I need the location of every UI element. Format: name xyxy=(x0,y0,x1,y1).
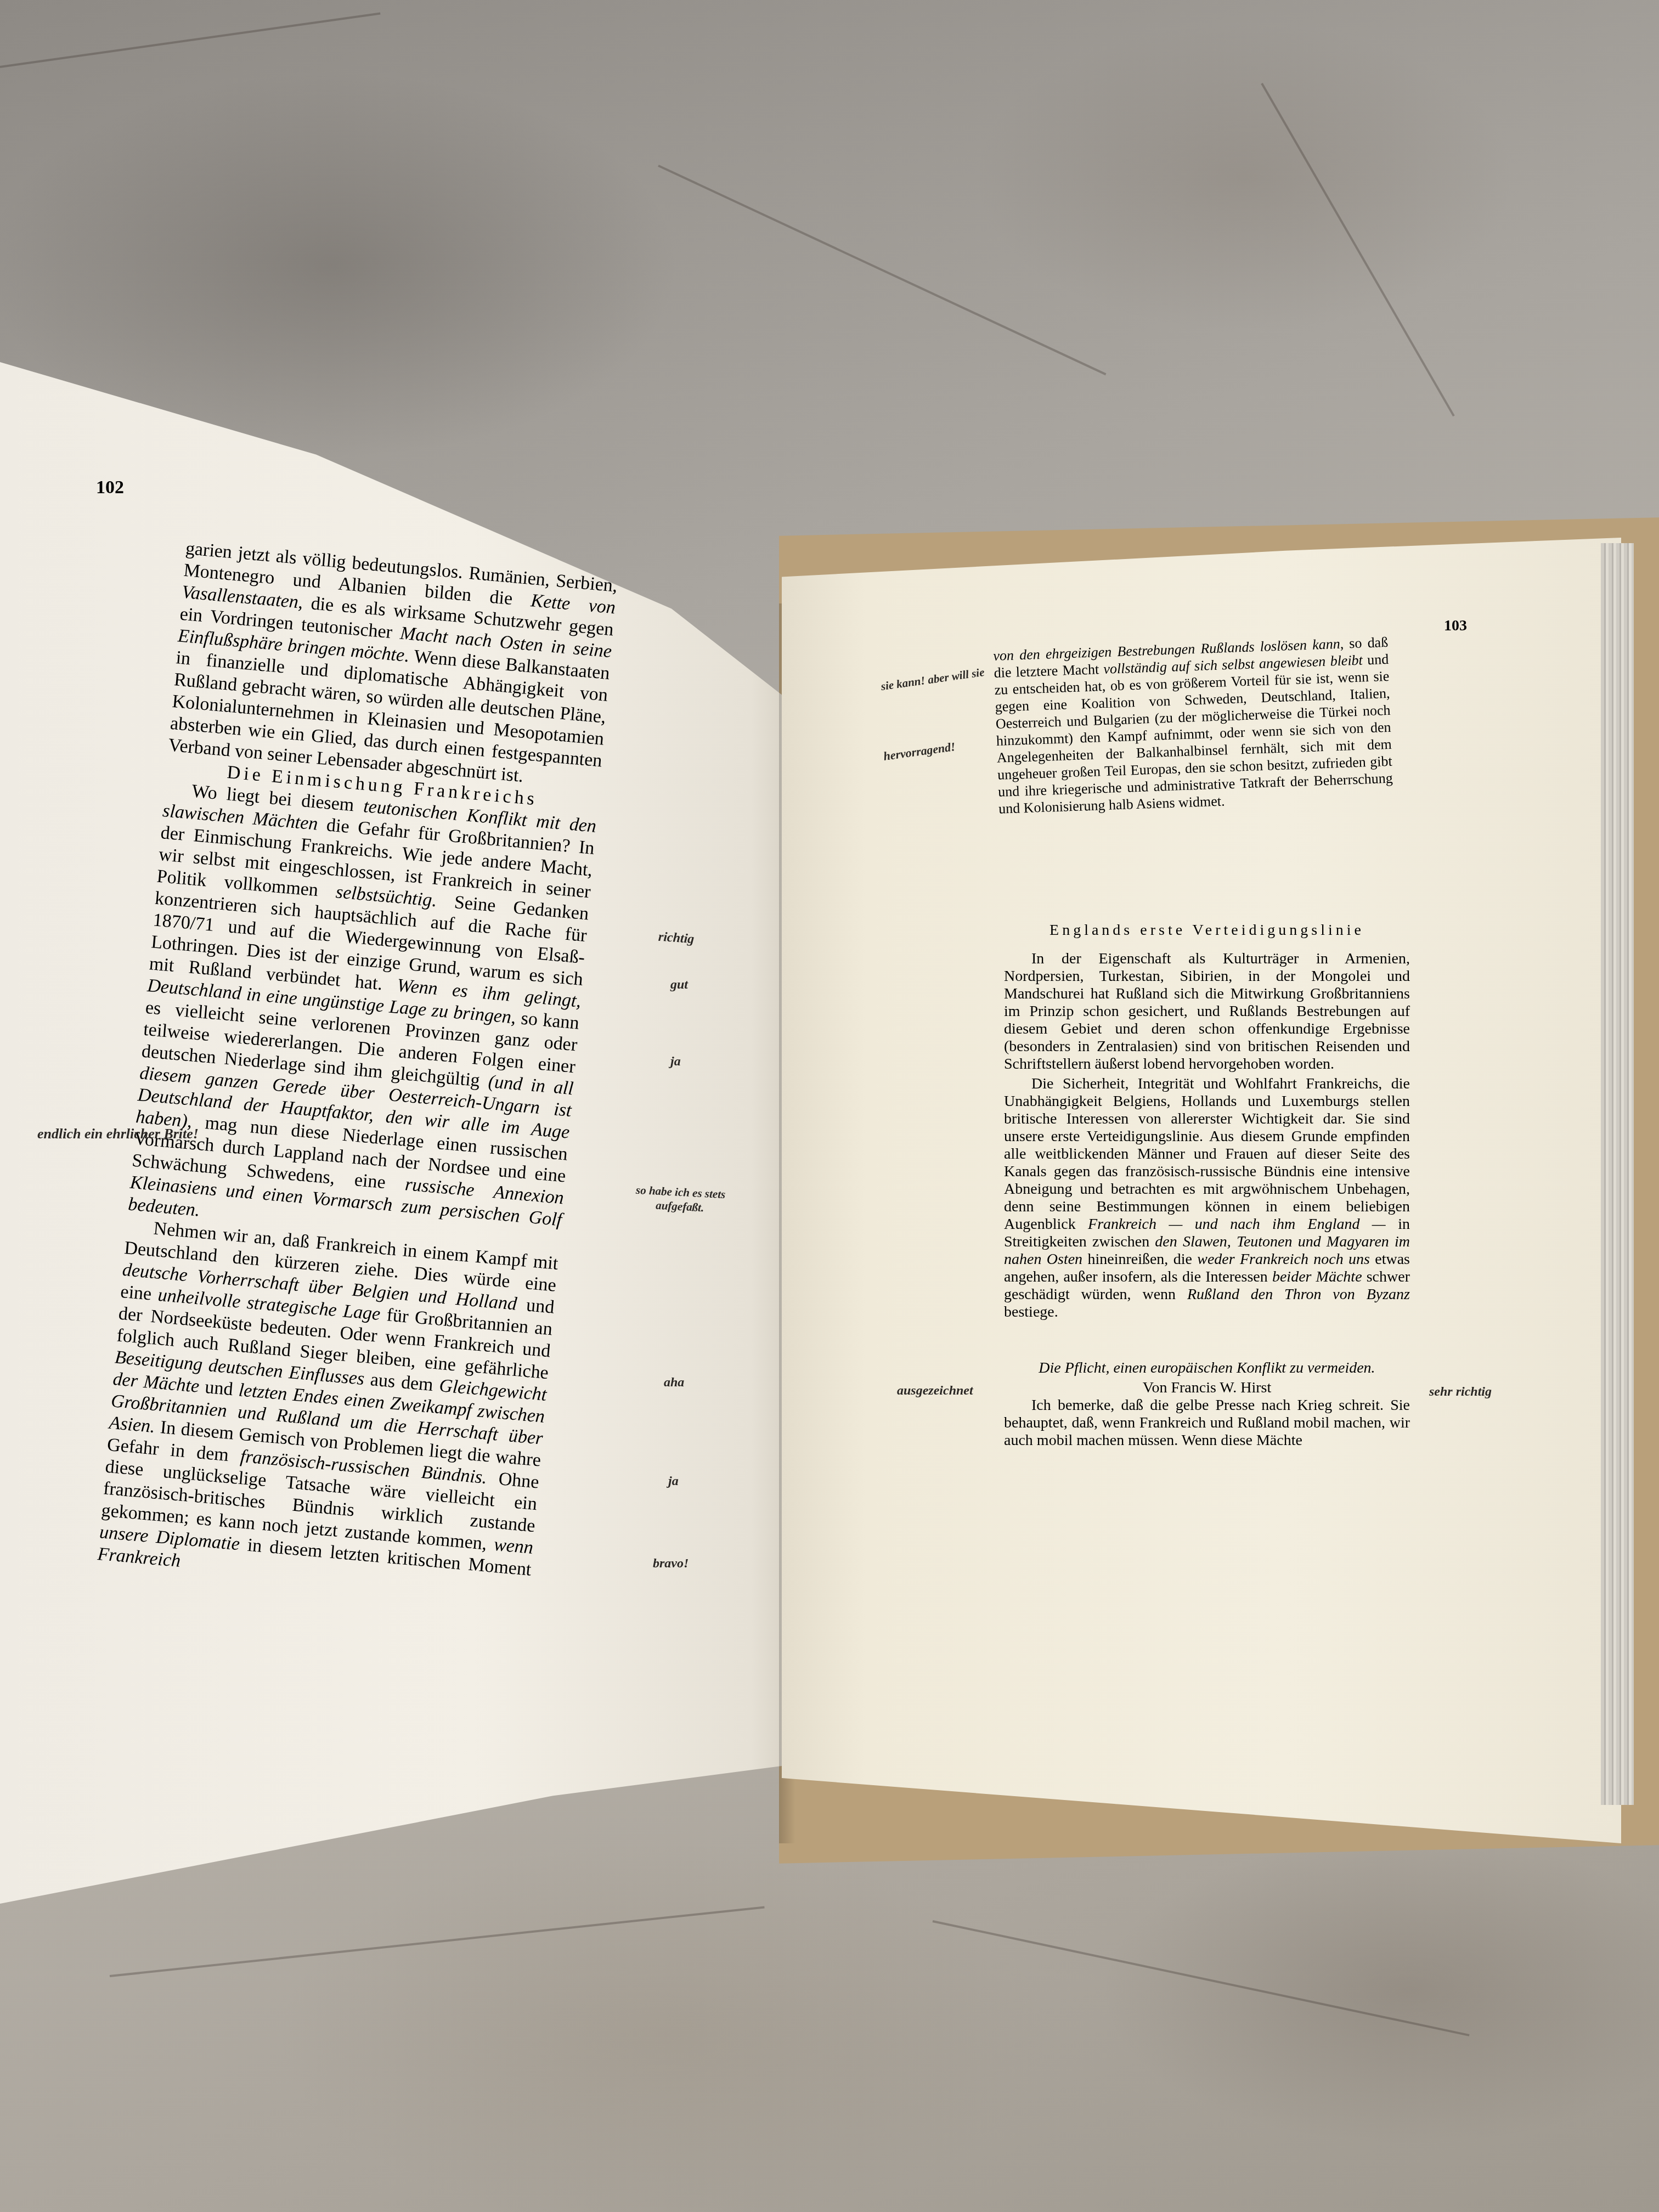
paragraph: Die Sicherheit, Integrität und Wohlfahrt… xyxy=(1004,1075,1410,1321)
margin-note: aha xyxy=(664,1374,684,1391)
page-number-left: 102 xyxy=(96,477,124,498)
paragraph: In der Eigenschaft als Kulturträger in A… xyxy=(1004,950,1410,1073)
page-edges xyxy=(1601,543,1634,1805)
article-author: Von Francis W. Hirst xyxy=(1004,1379,1410,1397)
text-run: In der Eigenschaft als Kulturträger in A… xyxy=(1004,950,1410,1073)
marble-vein xyxy=(0,13,380,68)
margin-note: so habe ich es stets aufgefaßt. xyxy=(625,1182,736,1216)
paragraph: Wo liegt bei diesem teutonischen Konflik… xyxy=(127,778,597,1253)
page-number-right: 103 xyxy=(1444,617,1467,635)
emphasized-text: Frankreich — und nach ihm England — xyxy=(1088,1216,1386,1233)
marble-vein xyxy=(658,165,1106,375)
margin-note: richtig xyxy=(658,929,695,947)
section-heading: Englands erste Verteidigungslinie xyxy=(1037,922,1377,939)
paragraph: Ich bemerke, daß die gelbe Presse nach K… xyxy=(1004,1397,1410,1449)
right-text-column: Englands erste Verteidigungslinie In der… xyxy=(1004,922,1410,1449)
emphasized-text: beider Mächte xyxy=(1272,1268,1362,1285)
margin-note: bravo! xyxy=(653,1555,689,1572)
margin-note: ja xyxy=(670,1053,681,1070)
paragraph: von den ehrgeizigen Bestrebungen Rußland… xyxy=(993,634,1393,817)
emphasized-text: Rußland den Thron von Byzanz xyxy=(1187,1286,1410,1303)
left-text-column: garien jetzt als völlig bedeutungslos. R… xyxy=(97,538,618,1603)
paragraph: garien jetzt als völlig bedeutungslos. R… xyxy=(167,538,618,794)
emphasized-text: weder Frankreich noch uns xyxy=(1197,1251,1370,1268)
margin-note: sehr richtig xyxy=(1429,1384,1492,1400)
text-run: bestiege. xyxy=(1004,1304,1058,1321)
margin-note: gut xyxy=(670,977,688,993)
margin-note: endlich ein ehrlicher Brite! xyxy=(33,1125,203,1143)
marble-vein xyxy=(1261,83,1454,416)
right-text-column-top: von den ehrgeizigen Bestrebungen Rußland… xyxy=(993,634,1393,817)
text-run: hineinreißen, die xyxy=(1082,1251,1197,1268)
margin-note: ausgezeichnet xyxy=(897,1383,973,1399)
margin-note: ja xyxy=(668,1473,679,1489)
text-run: Ich bemerke, daß die gelbe Presse nach K… xyxy=(1004,1397,1410,1449)
paragraph: Nehmen wir an, daß Frankreich in einem K… xyxy=(97,1215,559,1602)
article-title: Die Pflicht, einen europäischen Konflikt… xyxy=(1037,1359,1377,1377)
text-run: Die Sicherheit, Integrität und Wohlfahrt… xyxy=(1004,1075,1410,1233)
marble-vein xyxy=(933,1920,1470,2036)
text-run: und xyxy=(199,1376,240,1400)
marble-vein xyxy=(110,1906,765,1977)
